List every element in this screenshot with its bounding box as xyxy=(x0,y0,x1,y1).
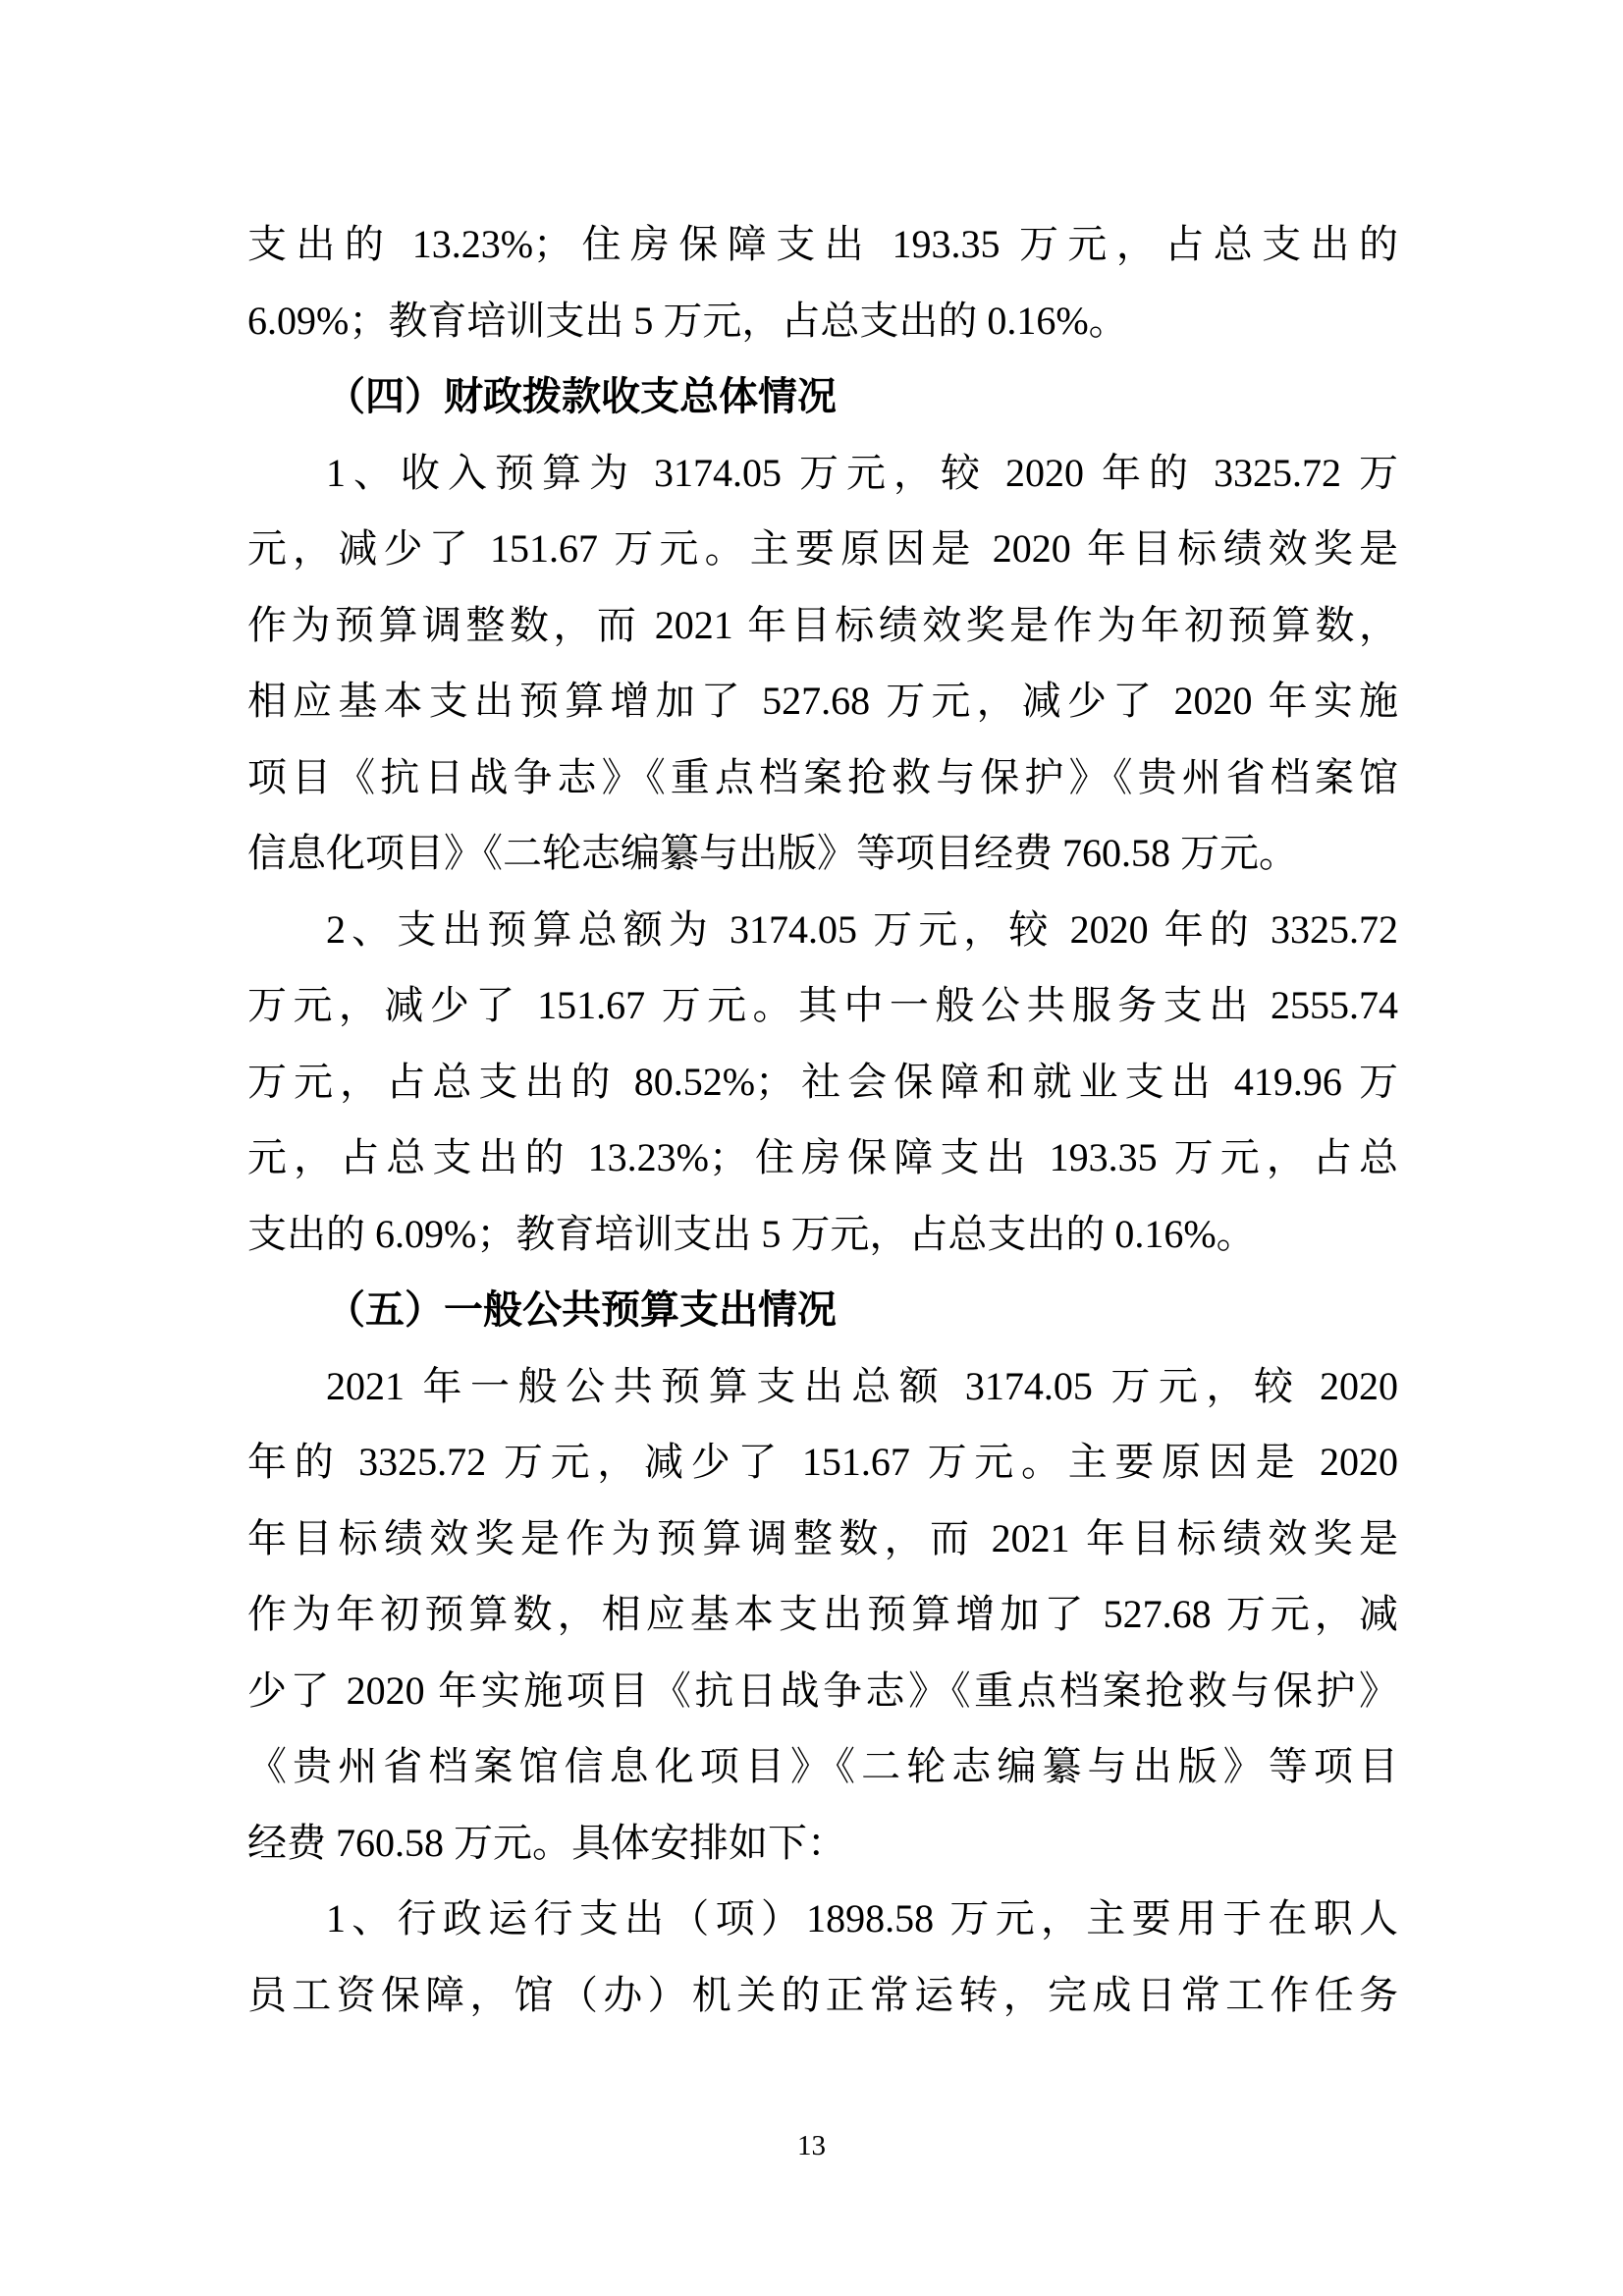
body-line: 员工资保障，馆（办）机关的正常运转，完成日常工作任务 xyxy=(247,1957,1398,2034)
body-line: 万元，减少了 151.67 万元。其中一般公共服务支出 2555.74 xyxy=(247,967,1398,1044)
document-page: 支出的 13.23%；住房保障支出 193.35 万元，占总支出的 6.09%；… xyxy=(0,0,1623,2296)
body-line: 少了 2020 年实施项目《抗日战争志》《重点档案抢救与保护》 xyxy=(247,1653,1398,1729)
body-line: 1、行政运行支出（项）1898.58 万元，主要用于在职人 xyxy=(247,1881,1398,1957)
body-line: 万元，占总支出的 80.52%；社会保障和就业支出 419.96 万 xyxy=(247,1044,1398,1121)
body-line: 项目《抗日战争志》《重点档案抢救与保护》《贵州省档案馆 xyxy=(247,739,1398,816)
page-number: 13 xyxy=(0,2129,1623,2162)
body-line: 年目标绩效奖是作为预算调整数，而 2021 年目标绩效奖是 xyxy=(247,1501,1398,1577)
body-line: 1、收入预算为 3174.05 万元，较 2020 年的 3325.72 万 xyxy=(247,435,1398,512)
body-line: 2、支出预算总额为 3174.05 万元，较 2020 年的 3325.72 xyxy=(247,892,1398,968)
body-line: 《贵州省档案馆信息化项目》《二轮志编纂与出版》等项目 xyxy=(247,1728,1398,1805)
body-line: 作为预算调整数，而 2021 年目标绩效奖是作为年初预算数， xyxy=(247,587,1398,664)
body-line: 元，减少了 151.67 万元。主要原因是 2020 年目标绩效奖是 xyxy=(247,511,1398,587)
body-line: 年的 3325.72 万元，减少了 151.67 万元。主要原因是 2020 xyxy=(247,1424,1398,1501)
body-line: 2021 年一般公共预算支出总额 3174.05 万元，较 2020 xyxy=(247,1348,1398,1425)
body-line: 支出的 13.23%；住房保障支出 193.35 万元，占总支出的 xyxy=(247,206,1398,283)
body-line: 信息化项目》《二轮志编纂与出版》等项目经费 760.58 万元。 xyxy=(247,815,1398,892)
body-line: 经费 760.58 万元。具体安排如下： xyxy=(247,1805,1398,1882)
body-line: 6.09%；教育培训支出 5 万元，占总支出的 0.16%。 xyxy=(247,283,1398,359)
section-heading-four: （四）财政拨款收支总体情况 xyxy=(247,358,1398,435)
body-line: 元，占总支出的 13.23%；住房保障支出 193.35 万元，占总 xyxy=(247,1120,1398,1196)
body-line: 作为年初预算数，相应基本支出预算增加了 527.68 万元，减 xyxy=(247,1576,1398,1653)
body-line: 相应基本支出预算增加了 527.68 万元，减少了 2020 年实施 xyxy=(247,663,1398,739)
body-line: 支出的 6.09%；教育培训支出 5 万元，占总支出的 0.16%。 xyxy=(247,1196,1398,1273)
document-body: 支出的 13.23%；住房保障支出 193.35 万元，占总支出的 6.09%；… xyxy=(247,206,1398,2033)
section-heading-five: （五）一般公共预算支出情况 xyxy=(247,1272,1398,1348)
